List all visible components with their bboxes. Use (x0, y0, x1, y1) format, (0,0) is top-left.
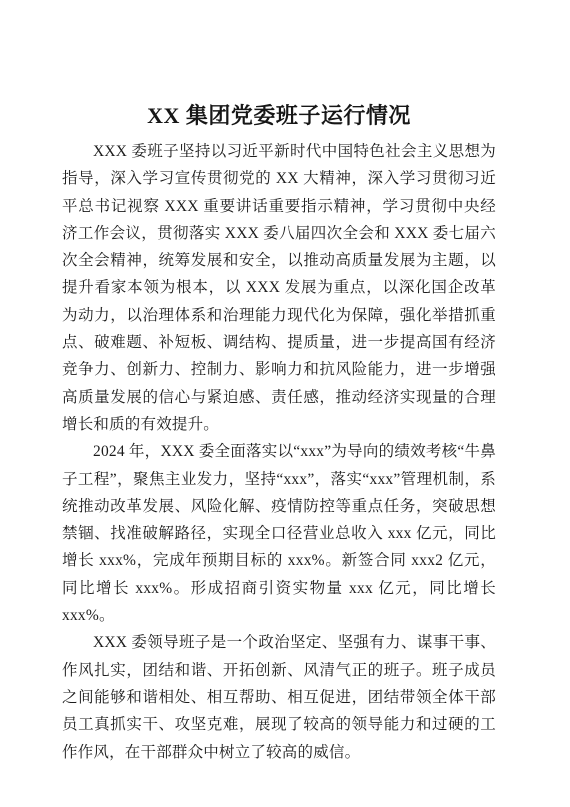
document-body: XX 集团党委班子运行情况 XXX 委班子坚持以习近平新时代中国特色社会主义思想… (0, 0, 570, 766)
paragraph-evaluation: XXX 委领导班子是一个政治坚定、坚强有力、谋事干事、作风扎实，团结和谐、开拓创… (62, 629, 496, 765)
document-page: XX 集团党委班子运行情况 XXX 委班子坚持以习近平新时代中国特色社会主义思想… (0, 0, 570, 807)
document-title: XX 集团党委班子运行情况 (62, 101, 496, 131)
paragraph-performance: 2024 年，XXX 委全面落实以“xxx”为导向的绩效考核“牛鼻子工程”，聚焦… (62, 438, 496, 629)
paragraph-intro: XXX 委班子坚持以习近平新时代中国特色社会主义思想为指导，深入学习宣传贯彻党的… (62, 138, 496, 438)
